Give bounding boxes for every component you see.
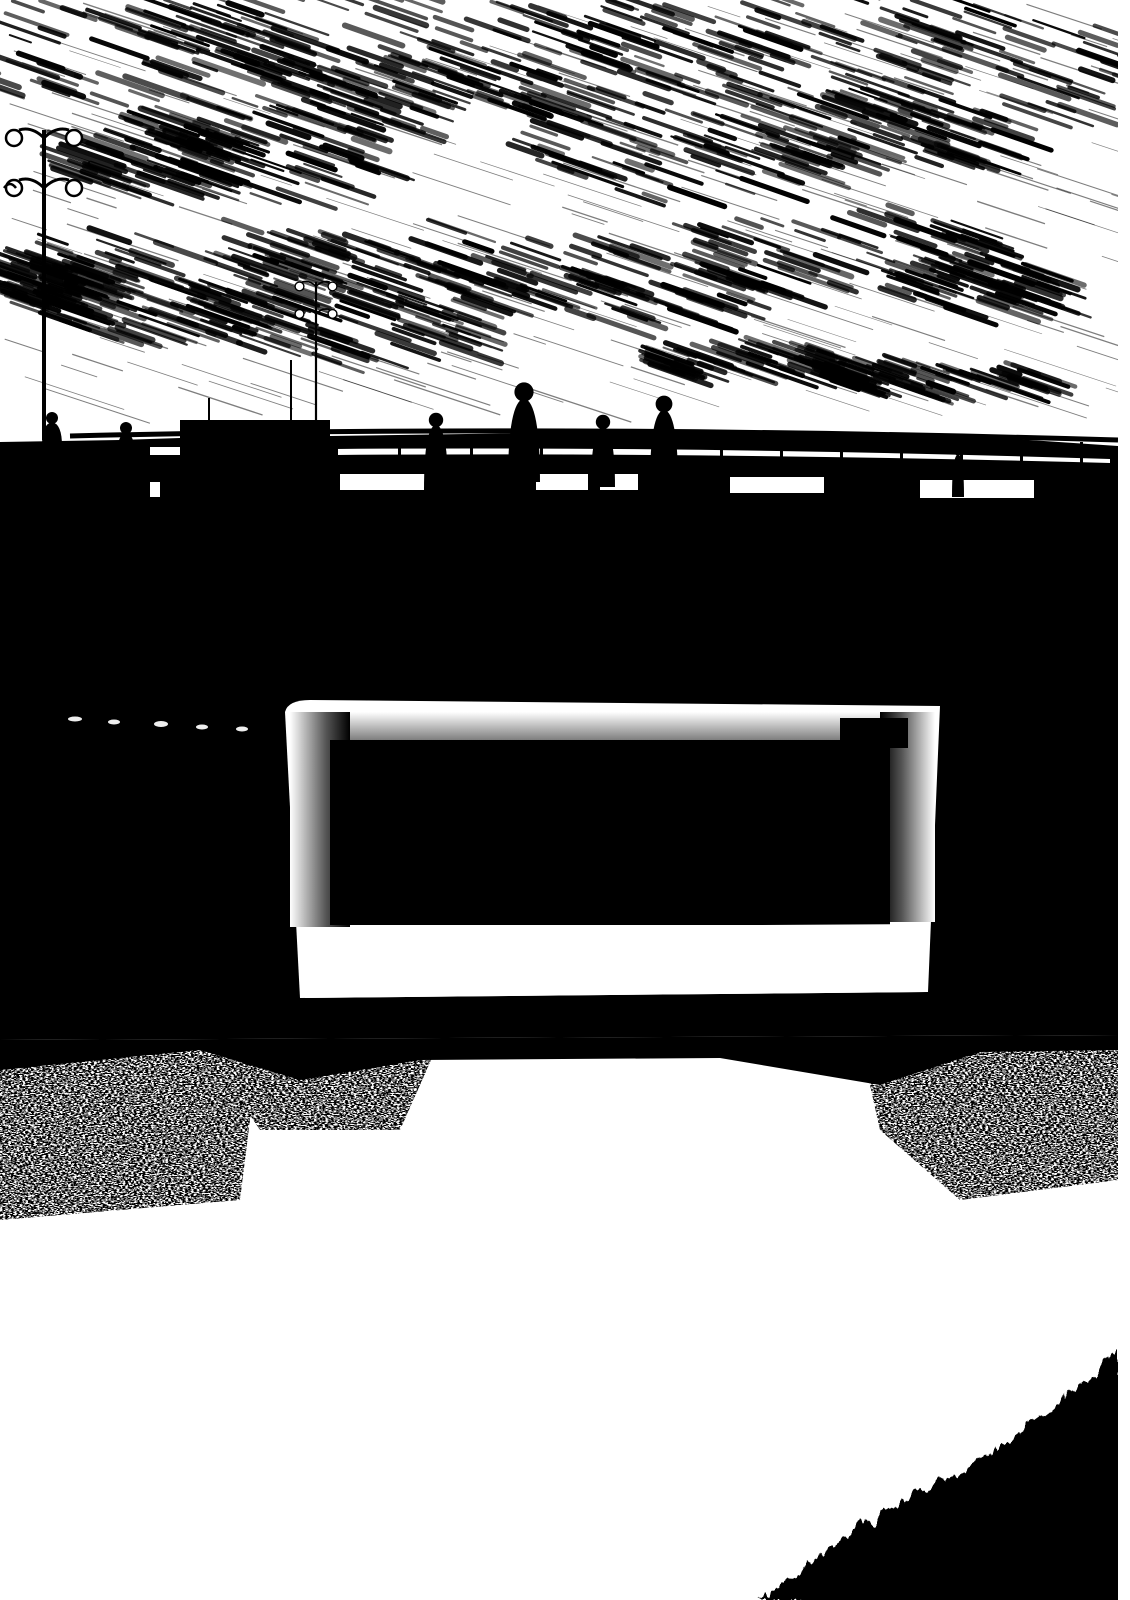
tunnel-opening	[285, 700, 940, 998]
bridge-scene-illustration	[0, 0, 1130, 1600]
manga-panel	[0, 0, 1130, 1600]
panel-margin	[1118, 0, 1130, 1600]
